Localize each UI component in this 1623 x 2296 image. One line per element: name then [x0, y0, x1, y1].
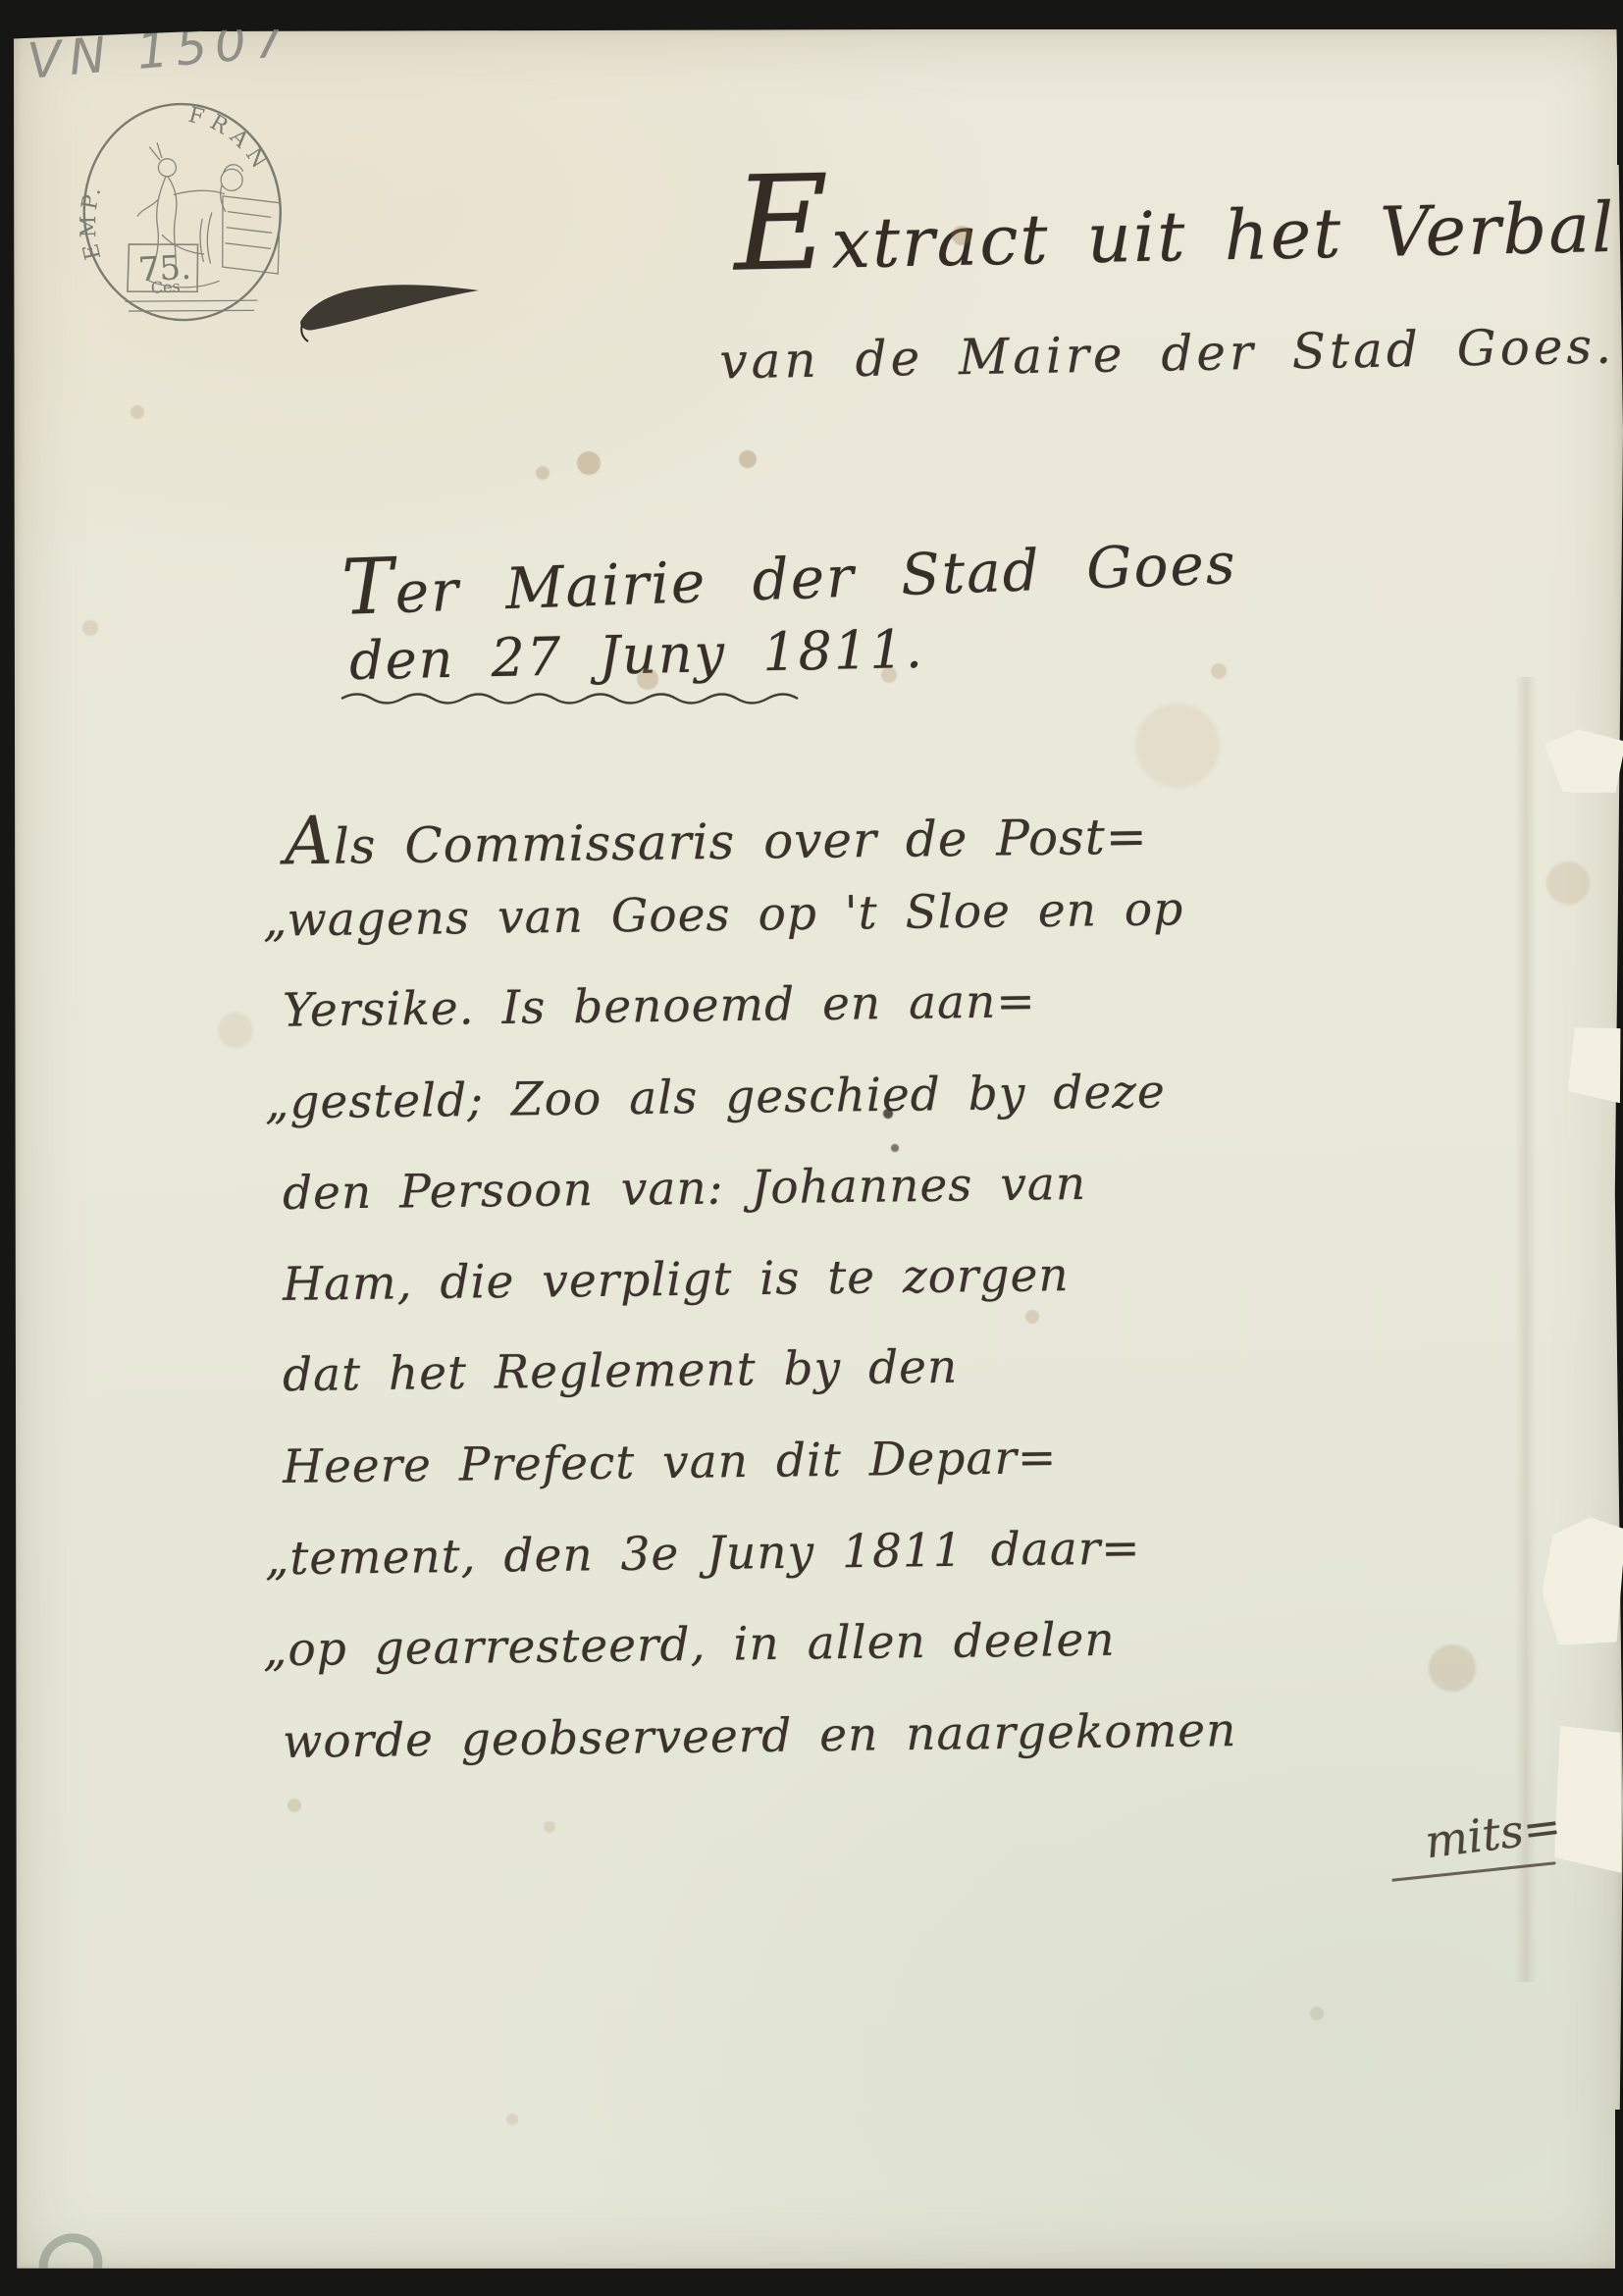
scan-border-top: [0, 0, 1623, 29]
body-line: „tement, den 3e Juny 1811 daar=: [265, 1522, 1141, 1587]
body-line: Als Commissaris over de Post=: [285, 792, 1149, 880]
scan-border-left: [0, 0, 14, 2296]
revenue-stamp-icon: EMP. FRAN.: [71, 90, 296, 340]
svg-text:EMP.: EMP.: [74, 178, 112, 262]
body-line: „op gearresteerd, in allen deelen: [263, 1613, 1116, 1678]
body-line: „wagens van Goes op 't Sloe en op: [263, 882, 1184, 947]
ink-flourish-icon: [292, 275, 489, 347]
body-line: Heere Prefect van dit Depar=: [283, 1431, 1058, 1494]
body-line: dat het Reglement by den: [283, 1340, 959, 1402]
scan-border-right-bottom: [1615, 2110, 1623, 2296]
paper-crease: [1515, 677, 1537, 1982]
stamp-legend-left: EMP.: [74, 178, 112, 262]
document-title-line1: Extract uit het Verbal: [666, 145, 1616, 289]
scan-border-bottom: [0, 2269, 1623, 2296]
date-line: den 27 Juny 1811.: [348, 618, 924, 692]
body-line: Ham, die verpligt is te zorgen: [283, 1248, 1070, 1312]
scan-border-right-top: [1617, 27, 1623, 165]
body-line: „gesteld; Zoo als geschied by deze: [265, 1065, 1166, 1129]
body-line: Yersike. Is benoemd en aan=: [283, 974, 1036, 1037]
body-line: den Persoon van: Johannes van: [283, 1157, 1087, 1221]
stamp-denomination-unit: Ces: [150, 277, 181, 297]
date-underline: [340, 689, 830, 710]
torn-edge-fragment: [1549, 1724, 1623, 1875]
scanned-document: VN 1507 EMP. FRAN.: [0, 0, 1623, 2296]
